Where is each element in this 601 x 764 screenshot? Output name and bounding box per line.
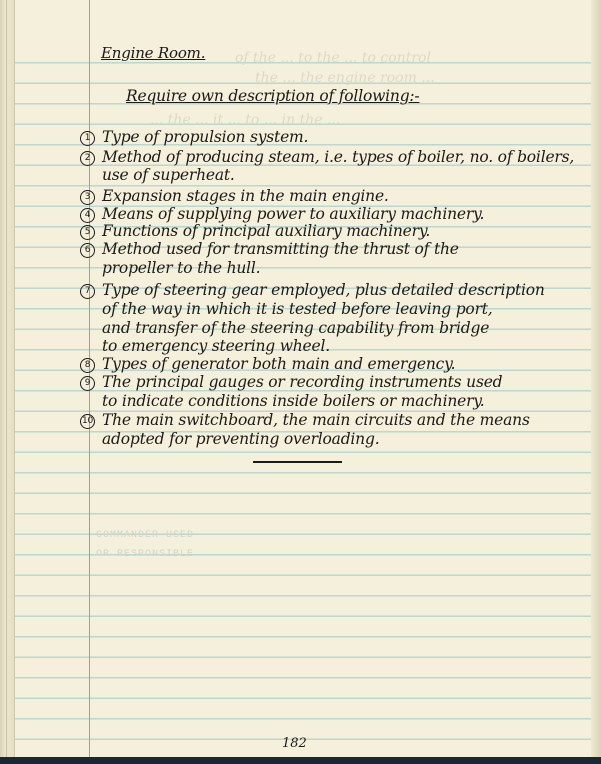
item-number: 3 (80, 190, 95, 205)
item-text: The principal gauges or recording instru… (102, 373, 502, 391)
page-number: 182 (282, 736, 307, 751)
binding-line (6, 0, 7, 757)
faint-stamp-line-2: OR RESPONSIBLE (96, 549, 194, 560)
item-number: 10 (80, 414, 95, 429)
item-number: 5 (80, 225, 95, 240)
item-text: Functions of principal auxiliary machine… (102, 222, 430, 240)
notebook-page: of the ... to the ... to control the ...… (0, 0, 601, 757)
item-2-continuation: use of superheat. (102, 166, 235, 184)
list-item-3: 3Expansion stages in the main engine. (80, 187, 389, 205)
item-number: 9 (80, 376, 95, 391)
list-item-10: 10The main switchboard, the main circuit… (80, 411, 530, 429)
bleed-through-text: the ... the engine room ... (255, 70, 435, 86)
item-text: Method used for transmitting the thrust … (102, 240, 459, 258)
bleed-through-text: of the ... to the ... to control (235, 50, 431, 66)
page-right-edge (591, 0, 601, 757)
item-7-continuation: to emergency steering wheel. (102, 337, 330, 355)
page-title: Engine Room. (101, 44, 205, 62)
list-item-2: 2Method of producing steam, i.e. types o… (80, 148, 574, 166)
item-number: 6 (80, 243, 95, 258)
closing-rule (253, 461, 342, 463)
item-number: 2 (80, 151, 95, 166)
item-number: 7 (80, 284, 95, 299)
item-text: Types of generator both main and emergen… (102, 355, 455, 373)
page-binding-edge (0, 0, 15, 757)
item-6-continuation: propeller to the hull. (102, 259, 260, 277)
list-item-4: 4Means of supplying power to auxiliary m… (80, 205, 484, 223)
item-text: The main switchboard, the main circuits … (102, 411, 530, 429)
list-item-8: 8Types of generator both main and emerge… (80, 355, 455, 373)
list-item-7: 7Type of steering gear employed, plus de… (80, 281, 545, 299)
list-item-1: 1Type of propulsion system. (80, 128, 308, 146)
item-text: Method of producing steam, i.e. types of… (102, 148, 574, 166)
list-item-9: 9The principal gauges or recording instr… (80, 373, 502, 391)
item-number: 1 (80, 131, 95, 146)
item-number: 4 (80, 208, 95, 223)
item-text: Means of supplying power to auxiliary ma… (102, 205, 484, 223)
item-7-continuation: of the way in which it is tested before … (102, 300, 493, 318)
list-item-6: 6Method used for transmitting the thrust… (80, 240, 459, 258)
list-item-5: 5Functions of principal auxiliary machin… (80, 222, 430, 240)
page-subtitle: Require own description of following:- (126, 87, 419, 105)
item-number: 8 (80, 358, 95, 373)
item-text: Type of propulsion system. (102, 128, 308, 146)
scan-background-edge (0, 757, 601, 764)
item-7-continuation: and transfer of the steering capability … (102, 319, 489, 337)
item-text: Expansion stages in the main engine. (102, 187, 389, 205)
item-9-continuation: to indicate conditions inside boilers or… (102, 392, 485, 410)
bleed-through-text: ... the ... it ... to ... in the ... (150, 112, 340, 128)
faint-stamp-line-1: COMMANDER USED (96, 530, 194, 541)
item-10-continuation: adopted for preventing overloading. (102, 430, 379, 448)
item-text: Type of steering gear employed, plus det… (102, 281, 545, 299)
